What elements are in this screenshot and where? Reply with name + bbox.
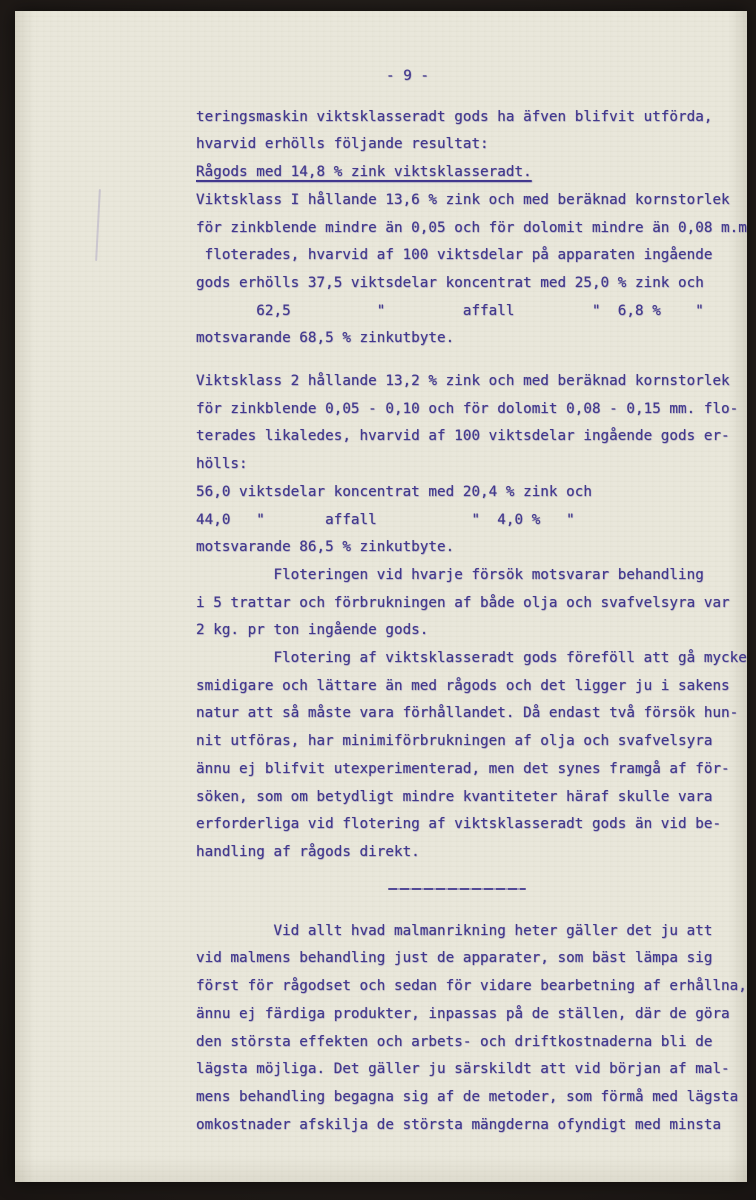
divider-line [388, 888, 526, 891]
text-line: handling af rågods direkt. [196, 839, 747, 867]
text-line: 62,5 " affall " 6,8 % " [196, 298, 747, 326]
text-line: omkostnader afskilja de största mängdern… [196, 1112, 747, 1140]
text-line: i 5 trattar och förbrukningen af både ol… [196, 590, 747, 618]
text-line: vid malmens behandling just de apparater… [196, 945, 747, 973]
text-line: erforderliga vid flotering af viktsklass… [196, 811, 747, 839]
text-line: nit utföras, har minimiförbrukningen af … [196, 728, 747, 756]
text-line: ännu ej färdiga produkter, inpassas på d… [196, 1001, 747, 1029]
text-line: för zinkblende mindre än 0,05 och för do… [196, 215, 747, 243]
text-line: motsvarande 68,5 % zinkutbyte. [196, 325, 747, 353]
text-line: Flotering af viktsklasseradt gods förefö… [196, 645, 747, 673]
paragraph-gap [196, 353, 747, 368]
text-line: floterades, hvarvid af 100 viktsdelar på… [196, 242, 747, 270]
text-line: hölls: [196, 451, 747, 479]
section-divider [196, 867, 747, 918]
ink-smudge [95, 189, 101, 261]
text-line: smidigare och lättare än med rågods och … [196, 673, 747, 701]
text-line: 44,0 " affall " 4,0 % " [196, 507, 747, 535]
text-line: natur att så måste vara förhållandet. Då… [196, 700, 747, 728]
text-line: Viktsklass 2 hållande 13,2 % zink och me… [196, 368, 747, 396]
text-line: gods erhölls 37,5 viktsdelar koncentrat … [196, 270, 747, 298]
text-line: Viktsklass I hållande 13,6 % zink och me… [196, 187, 747, 215]
text-line: 56,0 viktsdelar koncentrat med 20,4 % zi… [196, 479, 747, 507]
text-line: Floteringen vid hvarje försök motsvarar … [196, 562, 747, 590]
text-line: Vid allt hvad malmanrikning heter gäller… [196, 918, 747, 946]
text-line: för zinkblende 0,05 - 0,10 och för dolom… [196, 396, 747, 424]
underlined-heading-line: Rågods med 14,8 % zink viktsklasseradt. [196, 159, 747, 187]
text-line: terades likaledes, hvarvid af 100 viktsd… [196, 423, 747, 451]
text-line: söken, som om betydligt mindre kvantitet… [196, 784, 747, 812]
text-line: den största effekten och arbets- och dri… [196, 1029, 747, 1057]
text-line: först för rågodset och sedan för vidare … [196, 973, 747, 1001]
text-line: 2 kg. pr ton ingående gods. [196, 617, 747, 645]
page-number: - 9 - [196, 63, 747, 91]
text-line: hvarvid erhölls följande resultat: [196, 131, 747, 159]
document-text: - 9 - teringsmaskin viktsklasseradt gods… [196, 11, 747, 1139]
text-line: lägsta möjliga. Det gäller ju särskildt … [196, 1056, 747, 1084]
text-line: motsvarande 86,5 % zinkutbyte. [196, 534, 747, 562]
text-line: teringsmaskin viktsklasseradt gods ha äf… [196, 104, 747, 132]
text-line: ännu ej blifvit utexperimenterad, men de… [196, 756, 747, 784]
text-line: mens behandling begagna sig af de metode… [196, 1084, 747, 1112]
document-page: - 9 - teringsmaskin viktsklasseradt gods… [15, 11, 747, 1182]
